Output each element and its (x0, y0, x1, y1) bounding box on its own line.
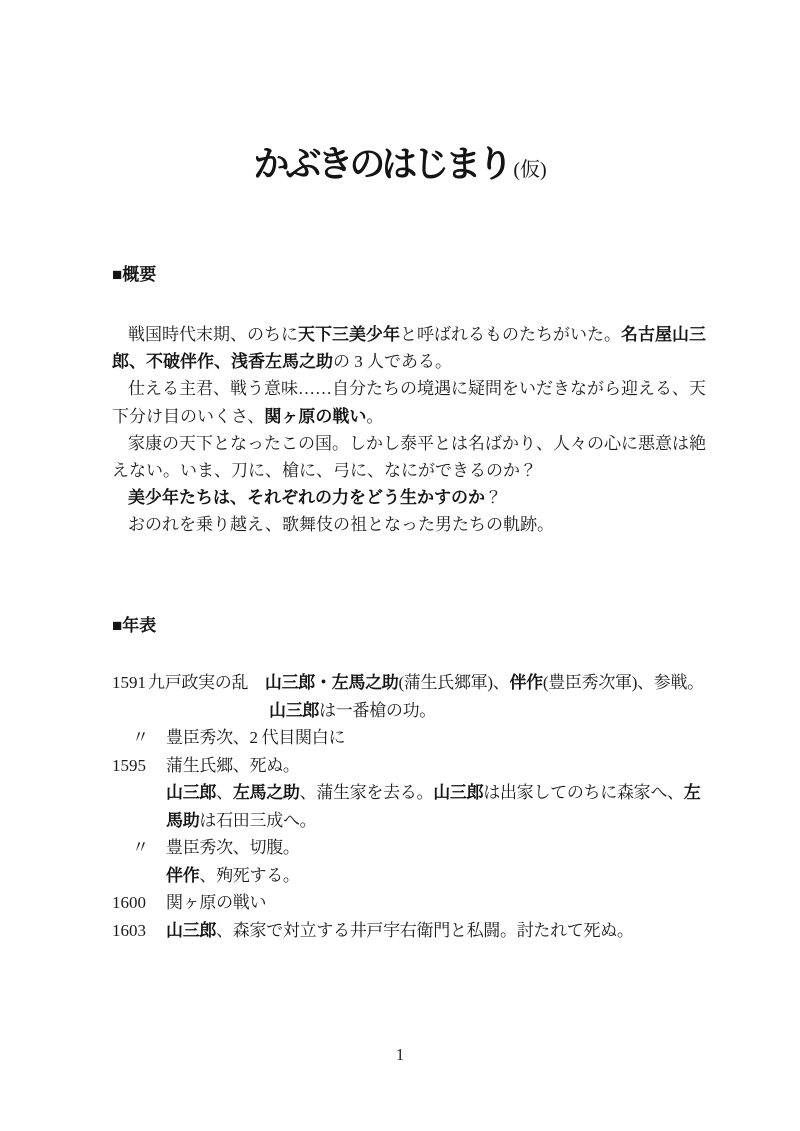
timeline-text: 山三郎、左馬之助、蒲生家を去る。山三郎は出家してのちに森家へ、左 (166, 779, 700, 807)
emphasis-text: 伴作 (509, 673, 542, 692)
body-text: 関ヶ原の戦い (166, 893, 266, 912)
overview-line: 仕える主君、戦う意味……自分たちの境遇に疑問をいだきながら迎える、天 (112, 375, 712, 402)
timeline-row: 〃豊臣秀次、切腹。 (112, 834, 704, 862)
body-text: えない。いま、刀に、槍に、弓に、なにができるのか？ (112, 461, 537, 480)
body-text: は石田三成へ。 (199, 811, 316, 830)
timeline-row: 山三郎は一番槍の功。 (112, 697, 704, 725)
emphasis-text: 伴作 (166, 866, 199, 885)
body-text: 蒲生氏郷、死ぬ。 (166, 756, 300, 775)
emphasis-text: 郎、不破伴作、浅香左馬之助 (112, 352, 333, 371)
body-text: 、殉死する。 (199, 866, 299, 885)
body-text: 九戸政実の乱 (148, 673, 265, 692)
body-text: 、蒲生家を去る。 (300, 783, 434, 802)
timeline-year: 1591 (112, 669, 148, 697)
timeline-text: 山三郎は一番槍の功。 (269, 697, 436, 725)
timeline-year: 1603 (112, 917, 166, 945)
body-text: の 3 人である。 (333, 352, 452, 371)
overview-line: 下分け目のいくさ、関ヶ原の戦い。 (112, 403, 712, 430)
emphasis-text: 美少年たちは、それぞれの力をどう生かすのか (128, 488, 485, 507)
emphasis-text: 関ヶ原の戦い (264, 407, 366, 426)
emphasis-text: 山三郎 (166, 783, 216, 802)
body-text: と呼ばれるものたちがいた。 (400, 325, 621, 344)
overview-line: 家康の天下となったこの国。しかし泰平とは名ばかり、人々の心に悪意は絶 (112, 430, 712, 457)
timeline-row: 1591九戸政実の乱 山三郎・左馬之助(蒲生氏郷軍)、伴作(豊臣秀次軍)、参戦。 (112, 669, 704, 697)
emphasis-text: 左馬之助 (233, 783, 300, 802)
timeline-year: 〃 (112, 724, 166, 752)
timeline-year: 1600 (112, 889, 166, 917)
overview-line: 郎、不破伴作、浅香左馬之助の 3 人である。 (112, 348, 712, 375)
overview-paragraphs: 戦国時代末期、のちに天下三美少年と呼ばれるものたちがいた。名古屋山三郎、不破伴作… (112, 321, 712, 539)
timeline-row: 〃豊臣秀次、2 代目関白に (112, 724, 704, 752)
body-text: ？ (485, 488, 502, 507)
timeline-row: 1595蒲生氏郷、死ぬ。 (112, 752, 704, 780)
timeline-text: 伴作、殉死する。 (166, 862, 300, 890)
timeline-text: 豊臣秀次、切腹。 (166, 834, 300, 862)
emphasis-text: 山三郎・左馬之助 (265, 673, 399, 692)
body-text: 豊臣秀次、切腹。 (166, 838, 300, 857)
body-text: (豊臣秀次軍)、参戦。 (543, 673, 704, 692)
timeline-year: 〃 (112, 834, 166, 862)
timeline-text: 関ヶ原の戦い (166, 889, 266, 917)
emphasis-text: 山三郎 (269, 701, 319, 720)
timeline-year (112, 807, 166, 835)
document-title: かぶきのはじまり(仮) (0, 136, 800, 187)
timeline-row: 1603山三郎、森家で対立する井戸宇右衛門と私闘。討たれて死ぬ。 (112, 917, 704, 945)
page-number: 1 (0, 1045, 800, 1065)
timeline-text: 九戸政実の乱 山三郎・左馬之助(蒲生氏郷軍)、伴作(豊臣秀次軍)、参戦。 (148, 669, 704, 697)
body-text: 戦国時代末期、のちに (128, 325, 298, 344)
body-text: 下分け目のいくさ、 (112, 407, 264, 426)
timeline-year (112, 697, 269, 725)
timeline-text: 豊臣秀次、2 代目関白に (166, 724, 345, 752)
timeline-text: 馬助は石田三成へ。 (166, 807, 316, 835)
body-text: 家康の天下となったこの国。しかし泰平とは名ばかり、人々の心に悪意は絶 (128, 434, 706, 453)
timeline-year (112, 779, 166, 807)
timeline-row: 1600関ヶ原の戦い (112, 889, 704, 917)
title-suffix-tentative: (仮) (513, 159, 546, 181)
body-text: 、 (216, 783, 233, 802)
title-text: かぶきのはじまり (253, 143, 509, 184)
overview-line: 美少年たちは、それぞれの力をどう生かすのか？ (112, 484, 712, 511)
timeline-row: 伴作、殉死する。 (112, 862, 704, 890)
overview-section-heading: ■概要 (112, 263, 156, 287)
document-page: かぶきのはじまり(仮) ■概要 戦国時代末期、のちに天下三美少年と呼ばれるものた… (0, 0, 800, 1131)
overview-line: 戦国時代末期、のちに天下三美少年と呼ばれるものたちがいた。名古屋山三 (112, 321, 712, 348)
timeline-year: 1595 (112, 752, 166, 780)
emphasis-text: 山三郎 (433, 783, 483, 802)
body-text: (蒲生氏郷軍)、 (399, 673, 510, 692)
timeline-text: 山三郎、森家で対立する井戸宇右衛門と私闘。討たれて死ぬ。 (166, 917, 634, 945)
body-text: は出家してのちに森家へ、 (483, 783, 683, 802)
body-text: は一番槍の功。 (319, 701, 436, 720)
emphasis-text: 山三郎 (166, 921, 216, 940)
body-text: 仕える主君、戦う意味……自分たちの境遇に疑問をいだきながら迎える、天 (128, 379, 706, 398)
overview-line: えない。いま、刀に、槍に、弓に、なにができるのか？ (112, 457, 712, 484)
emphasis-text: 馬助 (166, 811, 199, 830)
timeline-row: 馬助は石田三成へ。 (112, 807, 704, 835)
body-text: 豊臣秀次、2 代目関白に (166, 728, 345, 747)
body-text: 。 (366, 407, 383, 426)
body-text: 、森家で対立する井戸宇右衛門と私闘。討たれて死ぬ。 (216, 921, 634, 940)
emphasis-text: 左 (684, 783, 701, 802)
timeline: 1591九戸政実の乱 山三郎・左馬之助(蒲生氏郷軍)、伴作(豊臣秀次軍)、参戦。… (112, 669, 704, 944)
overview-line: おのれを乗り越え、歌舞伎の祖となった男たちの軌跡。 (112, 511, 712, 538)
body-text: おのれを乗り越え、歌舞伎の祖となった男たちの軌跡。 (128, 515, 554, 534)
timeline-row: 山三郎、左馬之助、蒲生家を去る。山三郎は出家してのちに森家へ、左 (112, 779, 704, 807)
timeline-text: 蒲生氏郷、死ぬ。 (166, 752, 300, 780)
timeline-year (112, 862, 166, 890)
timeline-section-heading: ■年表 (112, 614, 156, 638)
emphasis-text: 名古屋山三 (621, 325, 706, 344)
emphasis-text: 天下三美少年 (298, 325, 400, 344)
